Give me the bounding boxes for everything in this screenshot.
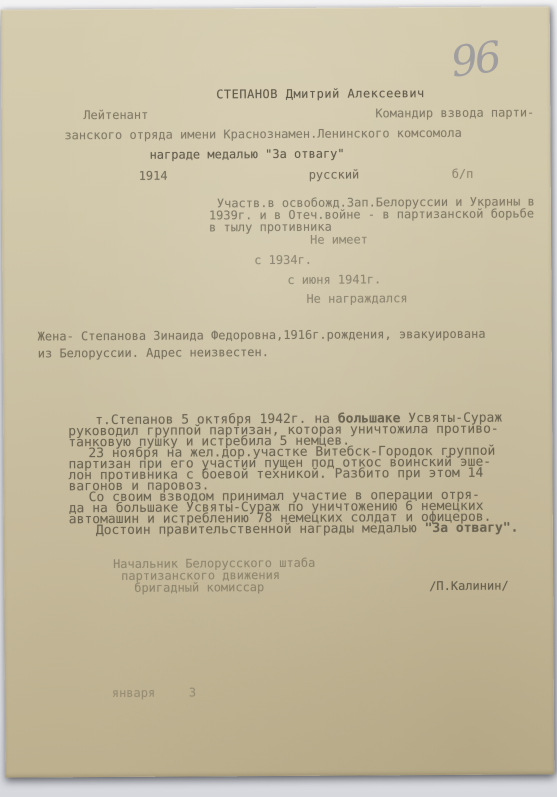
family-line-2: из Белоруссии. Адрес неизвестен.	[38, 346, 269, 359]
recipient-name: СТЕПАНОВ Дмитрий Алексеевич	[216, 87, 425, 100]
footer-number: 3	[189, 687, 196, 699]
participation-line-3: в тылу противника	[209, 221, 332, 234]
citation-line-11-bold: "За отвагу".	[425, 521, 519, 537]
award-line: награде медалью "За отвагу"	[150, 148, 345, 161]
citation-line-11: Достоин правительственной награды медаль…	[96, 523, 519, 537]
wounds-field: Не имеет	[310, 233, 368, 245]
footer-month: января	[112, 687, 155, 699]
in-army-since-field: с 1934г.	[254, 254, 312, 266]
rank: Лейтенант	[83, 109, 148, 121]
signature-title-line-3: бригадный комиссар	[134, 581, 264, 594]
birth-year: 1914	[139, 170, 168, 182]
family-line-1: Жена- Степанова Зинаида Федоровна,1916г.…	[38, 328, 486, 343]
handwritten-page-number: 96	[448, 32, 501, 87]
position-line-1: Командир взвода парти-	[375, 106, 534, 119]
in-partisans-since-field: с июня 1941г.	[287, 273, 381, 286]
document-page: 96 СТЕПАНОВ Дмитрий Алексеевич Лейтенант…	[1, 6, 555, 777]
citation-line-11-text: Достоин правительственной награды медаль…	[96, 521, 425, 538]
prior-awards-field: Не награждался	[306, 292, 407, 305]
nationality: русский	[309, 168, 360, 180]
position-line-2: занского отряда имени Краснознамен.Ленин…	[64, 127, 461, 141]
signature-name: /П.Калинин/	[429, 580, 509, 592]
party-status: б/п	[452, 168, 474, 180]
